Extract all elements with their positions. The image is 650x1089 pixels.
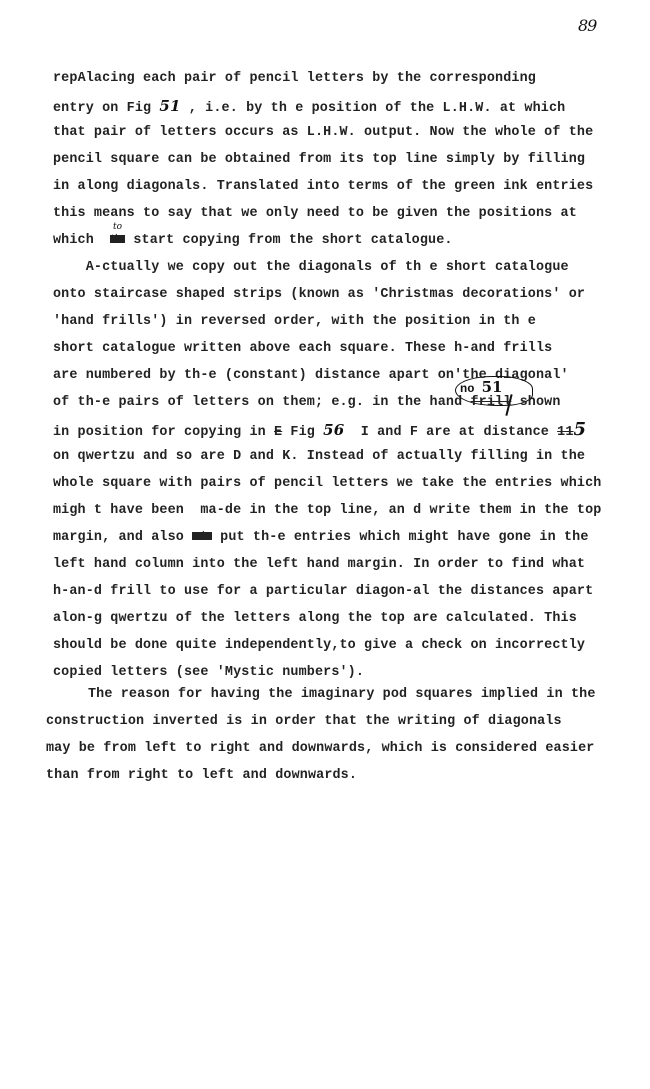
text-line: A-ctually we copy out the diagonals of t… xyxy=(53,259,569,277)
text-line: pencil square can be obtained from its t… xyxy=(53,151,585,169)
handwritten-insertion: to xyxy=(113,222,122,232)
text-line: alon-g qwertzu of the letters along the … xyxy=(53,610,577,628)
text-line: should be done quite independently,to gi… xyxy=(53,637,585,655)
page-number: 89 xyxy=(578,16,596,35)
text-segment: Fig xyxy=(282,425,323,440)
text-segment: rep xyxy=(53,71,78,86)
text-line: migh t have been ma-de in the top line, … xyxy=(53,502,601,520)
handwritten-figure-number: 51 xyxy=(159,97,180,115)
text-line: may be from left to right and downwards,… xyxy=(46,740,594,758)
text-segment: , i.e. by th e position of the L.H.W. at… xyxy=(181,101,566,116)
text-segment: entry on Fig xyxy=(53,101,159,116)
text-line: this means to say that we only need to b… xyxy=(53,205,577,223)
text-line: construction inverted is in order that t… xyxy=(46,713,562,731)
text-line: short catalogue written above each squar… xyxy=(53,340,552,358)
struck-out-text: 11 xyxy=(557,425,573,440)
struck-out-text: frill xyxy=(470,395,511,410)
text-segment: shown xyxy=(511,395,560,410)
text-segment: which xyxy=(53,233,110,248)
text-line: on qwertzu and so are D and K. Instead o… xyxy=(53,448,585,466)
text-line: in position for copying in E Fig 56 I an… xyxy=(53,421,586,442)
text-line: than from right to left and downwards. xyxy=(46,767,357,785)
text-line: margin, and also make put th-e entries w… xyxy=(53,529,589,547)
text-line: h-an-d frill to use for a particular dia… xyxy=(53,583,593,601)
handwritten-figure-number: 56 xyxy=(323,421,344,439)
struck-out-text: the xyxy=(110,235,125,243)
typo-correction: A xyxy=(78,71,86,86)
text-line: of th-e pairs of letters on them; e.g. i… xyxy=(53,394,561,412)
text-line: in along diagonals. Translated into term… xyxy=(53,178,593,196)
text-line: copied letters (see 'Mystic numbers'). xyxy=(53,664,364,682)
struck-out-text: make xyxy=(192,532,212,540)
text-segment: of th-e pairs of letters on them; e.g. i… xyxy=(53,395,470,410)
text-line: repAlacing each pair of pencil letters b… xyxy=(53,70,536,88)
text-segment: start copying from the short catalogue. xyxy=(125,233,452,248)
text-line: which the start copying from the short c… xyxy=(53,232,453,250)
text-line: entry on Fig 51 , i.e. by th e position … xyxy=(53,97,565,118)
text-line: onto staircase shaped strips (known as '… xyxy=(53,286,585,304)
text-line: that pair of letters occurs as L.H.W. ou… xyxy=(53,124,593,142)
text-line: The reason for having the imaginary pod … xyxy=(88,686,596,704)
text-segment: margin, and also xyxy=(53,530,192,545)
text-segment: put th-e entries which might have gone i… xyxy=(212,530,589,545)
struck-out-text: E xyxy=(274,425,282,440)
text-line: 'hand frills') in reversed order, with t… xyxy=(53,313,536,331)
text-line: left hand column into the left hand marg… xyxy=(53,556,585,574)
text-segment: I and F are at distance xyxy=(344,425,557,440)
handwritten-number: 5 xyxy=(574,419,587,440)
text-segment: in position for copying in xyxy=(53,425,274,440)
text-segment: lacing each pair of pencil letters by th… xyxy=(86,71,536,86)
text-line: whole square with pairs of pencil letter… xyxy=(53,475,601,493)
